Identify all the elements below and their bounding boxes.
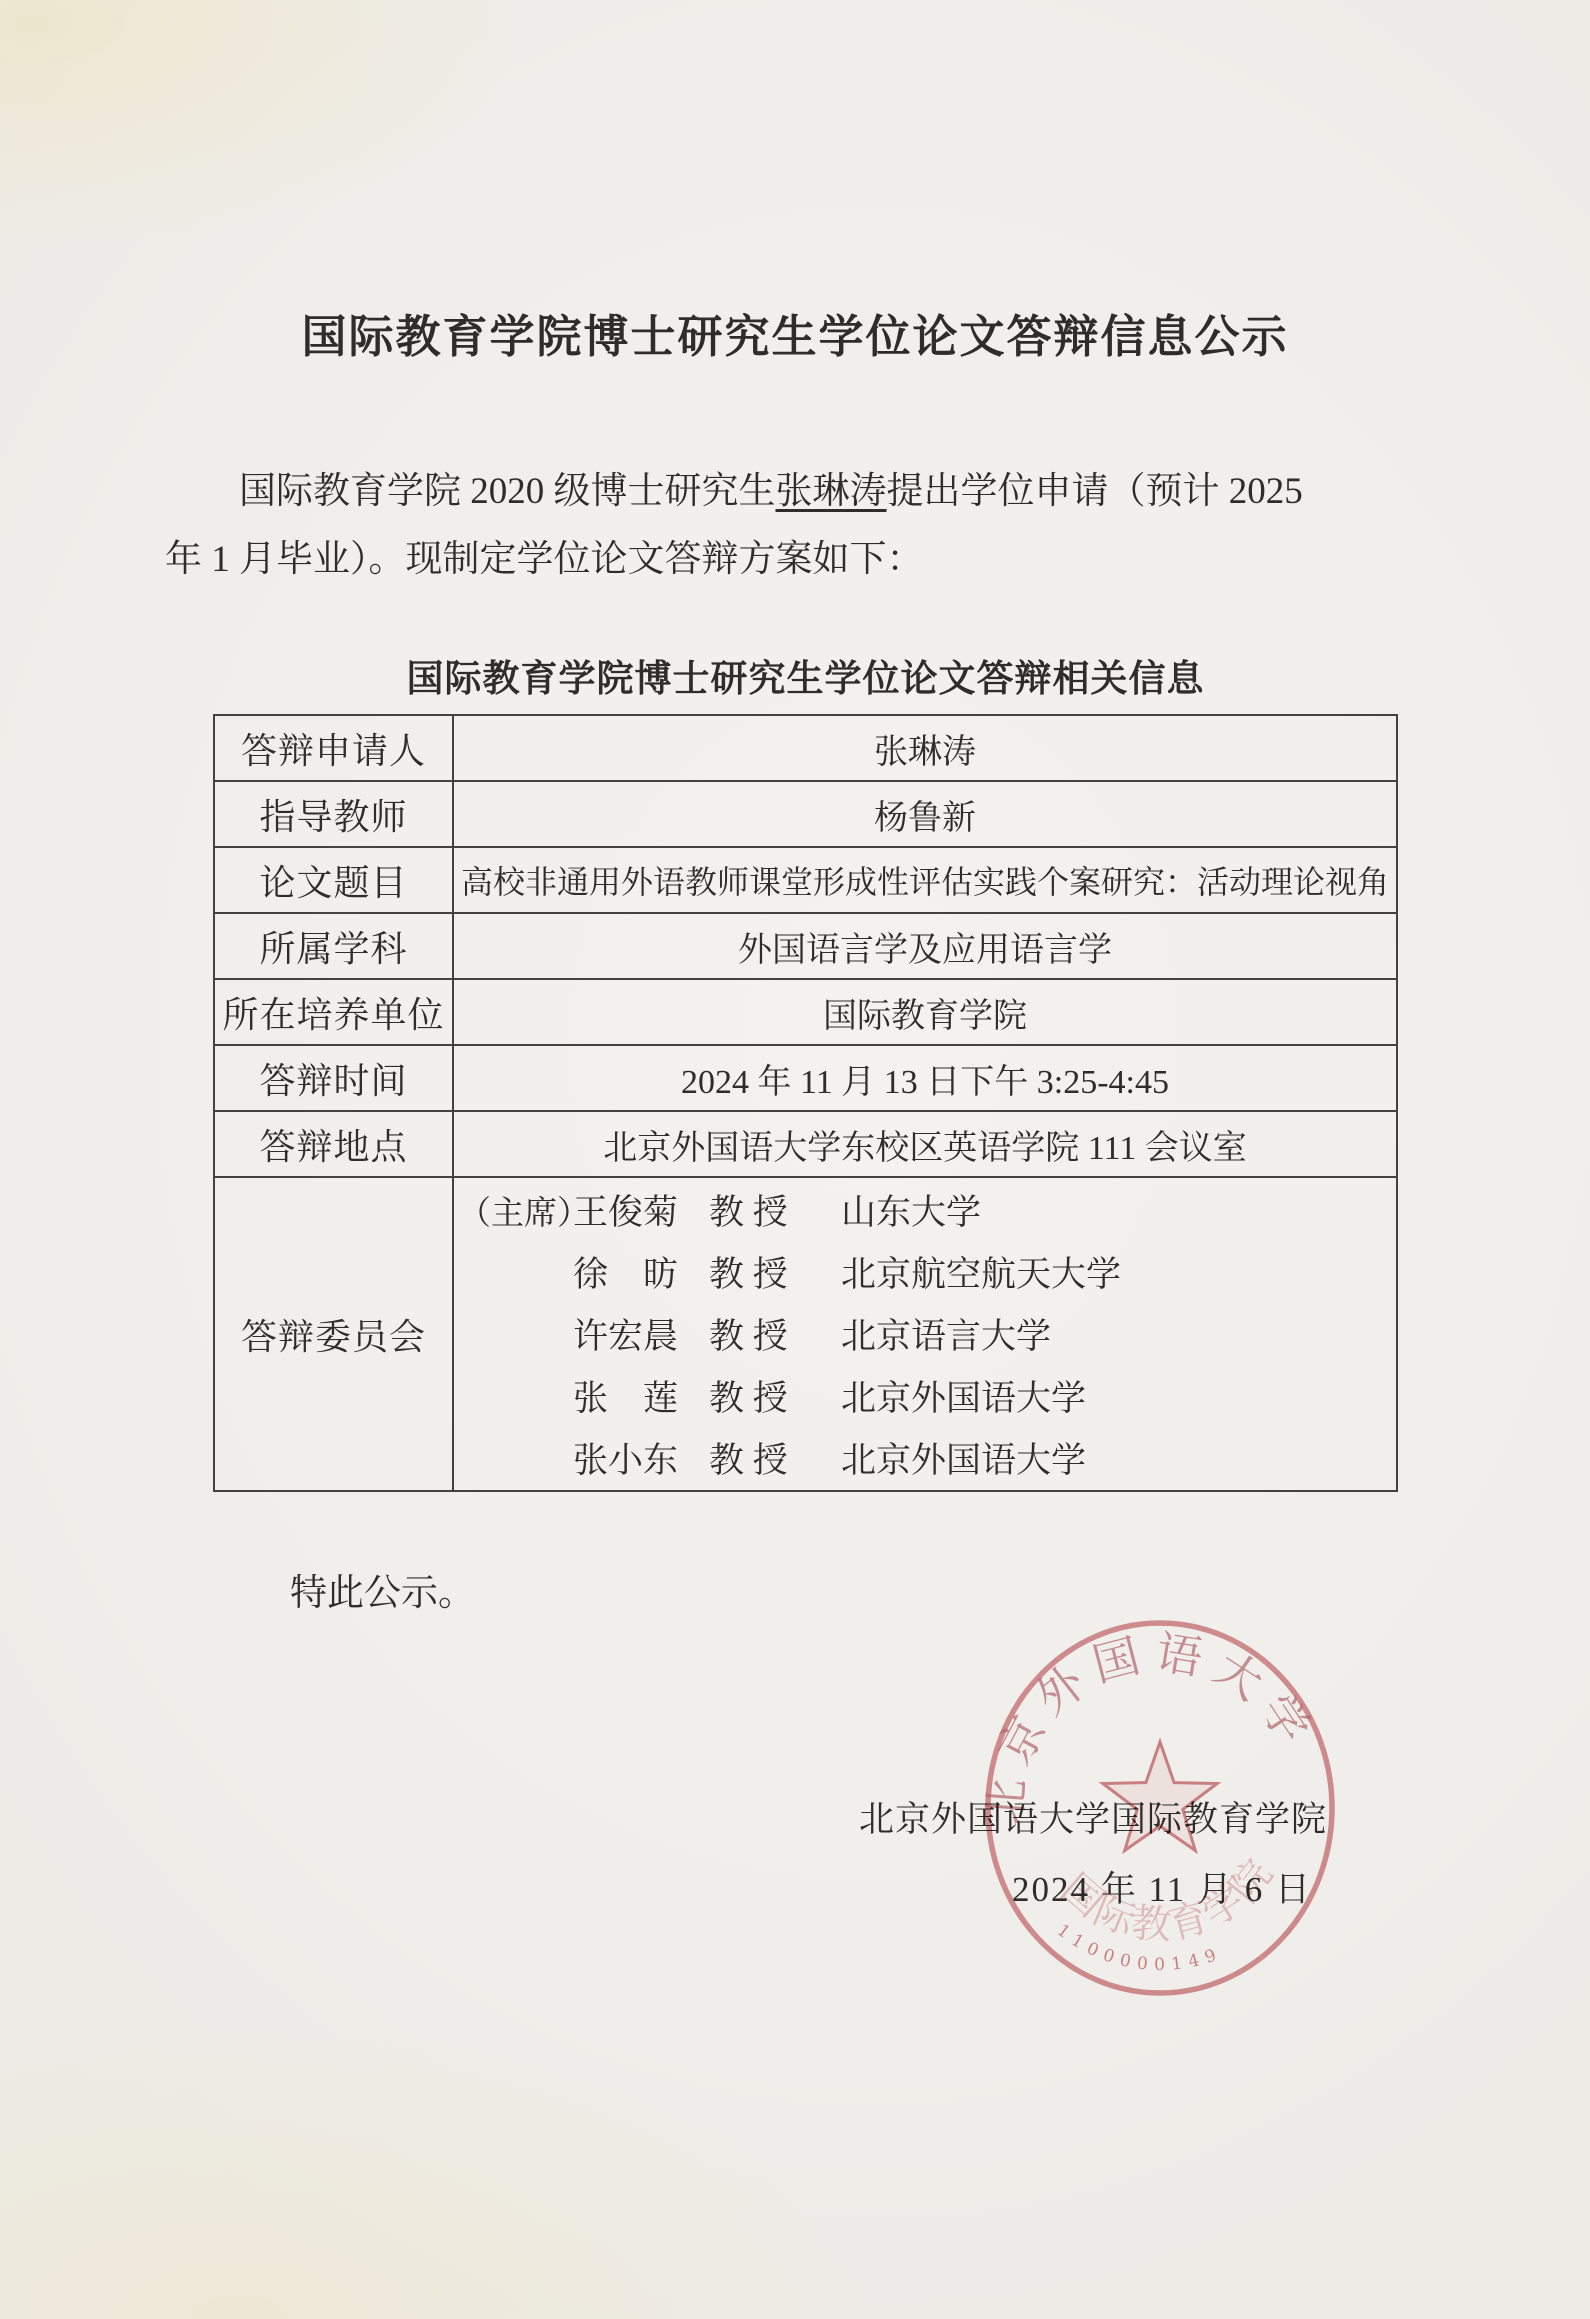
committee-member-line: 徐 昉教 授北京航空航天大学 xyxy=(458,1241,1392,1303)
member-university: 北京外国语大学 xyxy=(841,1371,1086,1421)
committee-member-line: 许宏晨教 授北京语言大学 xyxy=(458,1303,1392,1365)
table-row: 所属学科 外国语言学及应用语言学 xyxy=(214,913,1397,979)
svg-text:1100000149: 1100000149 xyxy=(1053,1920,1226,1975)
row-value: 国际教育学院 xyxy=(453,979,1397,1045)
row-value: 张琳涛 xyxy=(453,715,1397,781)
page-title: 国际教育学院博士研究生学位论文答辩信息公示 xyxy=(0,300,1590,365)
issuer-signature: 北京外国语大学国际教育学院 xyxy=(859,1792,1327,1842)
member-name: 张 莲 xyxy=(573,1371,687,1421)
member-name: 王俊菊 xyxy=(573,1185,687,1235)
row-label: 答辩申请人 xyxy=(214,715,453,781)
table-row: 所在培养单位 国际教育学院 xyxy=(214,979,1397,1045)
intro-paragraph: 国际教育学院 2020 级博士研究生张琳涛提出学位申请（预计 2025 年 1 … xyxy=(165,458,1320,594)
row-label: 所在培养单位 xyxy=(214,979,453,1045)
table-row: 答辩时间 2024 年 11 月 13 日下午 3:25-4:45 xyxy=(214,1045,1397,1111)
member-title: 教 授 xyxy=(709,1185,807,1235)
member-name: 张小东 xyxy=(573,1433,687,1483)
row-value: 北京外国语大学东校区英语学院 111 会议室 xyxy=(453,1111,1397,1177)
committee-row: 答辩委员会 （主席）王俊菊教 授山东大学 徐 昉教 授北京航空航天大学 许宏晨教… xyxy=(214,1177,1397,1491)
row-label: 答辩委员会 xyxy=(214,1177,453,1491)
member-name: 许宏晨 xyxy=(573,1309,687,1359)
member-prefix: （主席） xyxy=(458,1187,573,1234)
table-row: 答辩申请人 张琳涛 xyxy=(214,715,1397,781)
row-value: 外国语言学及应用语言学 xyxy=(453,913,1397,979)
member-university: 北京航空航天大学 xyxy=(841,1247,1121,1297)
table-row: 答辩地点 北京外国语大学东校区英语学院 111 会议室 xyxy=(214,1111,1397,1177)
member-title: 教 授 xyxy=(709,1247,807,1297)
member-name: 徐 昉 xyxy=(573,1247,687,1297)
row-label: 论文题目 xyxy=(214,847,453,913)
member-title: 教 授 xyxy=(709,1309,807,1359)
committee-member-line: 张 莲教 授北京外国语大学 xyxy=(458,1365,1392,1427)
closing-note: 特此公示。 xyxy=(290,1562,475,1616)
member-university: 北京外国语大学 xyxy=(841,1433,1086,1483)
row-label: 所属学科 xyxy=(214,913,453,979)
row-value: 杨鲁新 xyxy=(453,781,1397,847)
row-label: 答辩地点 xyxy=(214,1111,453,1177)
applicant-name-underlined: 张琳涛 xyxy=(776,471,887,512)
table-caption: 国际教育学院博士研究生学位论文答辩相关信息 xyxy=(213,648,1398,702)
row-label: 指导教师 xyxy=(214,781,453,847)
defense-info-table: 答辩申请人 张琳涛 指导教师 杨鲁新 论文题目 高校非通用外语教师课堂形成性评估… xyxy=(213,714,1398,1492)
table-row: 指导教师 杨鲁新 xyxy=(214,781,1397,847)
thesis-defense-announcement-document: 国际教育学院博士研究生学位论文答辩信息公示 国际教育学院 2020 级博士研究生… xyxy=(0,0,1590,2319)
committee-member-line: 张小东教 授北京外国语大学 xyxy=(458,1427,1392,1489)
member-title: 教 授 xyxy=(709,1371,807,1421)
row-value: 高校非通用外语教师课堂形成性评估实践个案研究：活动理论视角 xyxy=(453,847,1397,913)
member-university: 山东大学 xyxy=(841,1185,981,1235)
row-label: 答辩时间 xyxy=(214,1045,453,1111)
seal-serial-number: 1100000149 xyxy=(1053,1920,1226,1975)
intro-lead: 国际教育学院 2020 级博士研究生 xyxy=(239,471,776,512)
table-row: 论文题目 高校非通用外语教师课堂形成性评估实践个案研究：活动理论视角 xyxy=(214,847,1397,913)
issue-date: 2024 年 11 月 6 日 xyxy=(1012,1862,1312,1912)
member-university: 北京语言大学 xyxy=(841,1309,1051,1359)
member-title: 教 授 xyxy=(709,1433,807,1483)
committee-member-line: （主席）王俊菊教 授山东大学 xyxy=(458,1179,1392,1241)
committee-members: （主席）王俊菊教 授山东大学 徐 昉教 授北京航空航天大学 许宏晨教 授北京语言… xyxy=(453,1177,1397,1491)
row-value: 2024 年 11 月 13 日下午 3:25-4:45 xyxy=(453,1045,1397,1111)
